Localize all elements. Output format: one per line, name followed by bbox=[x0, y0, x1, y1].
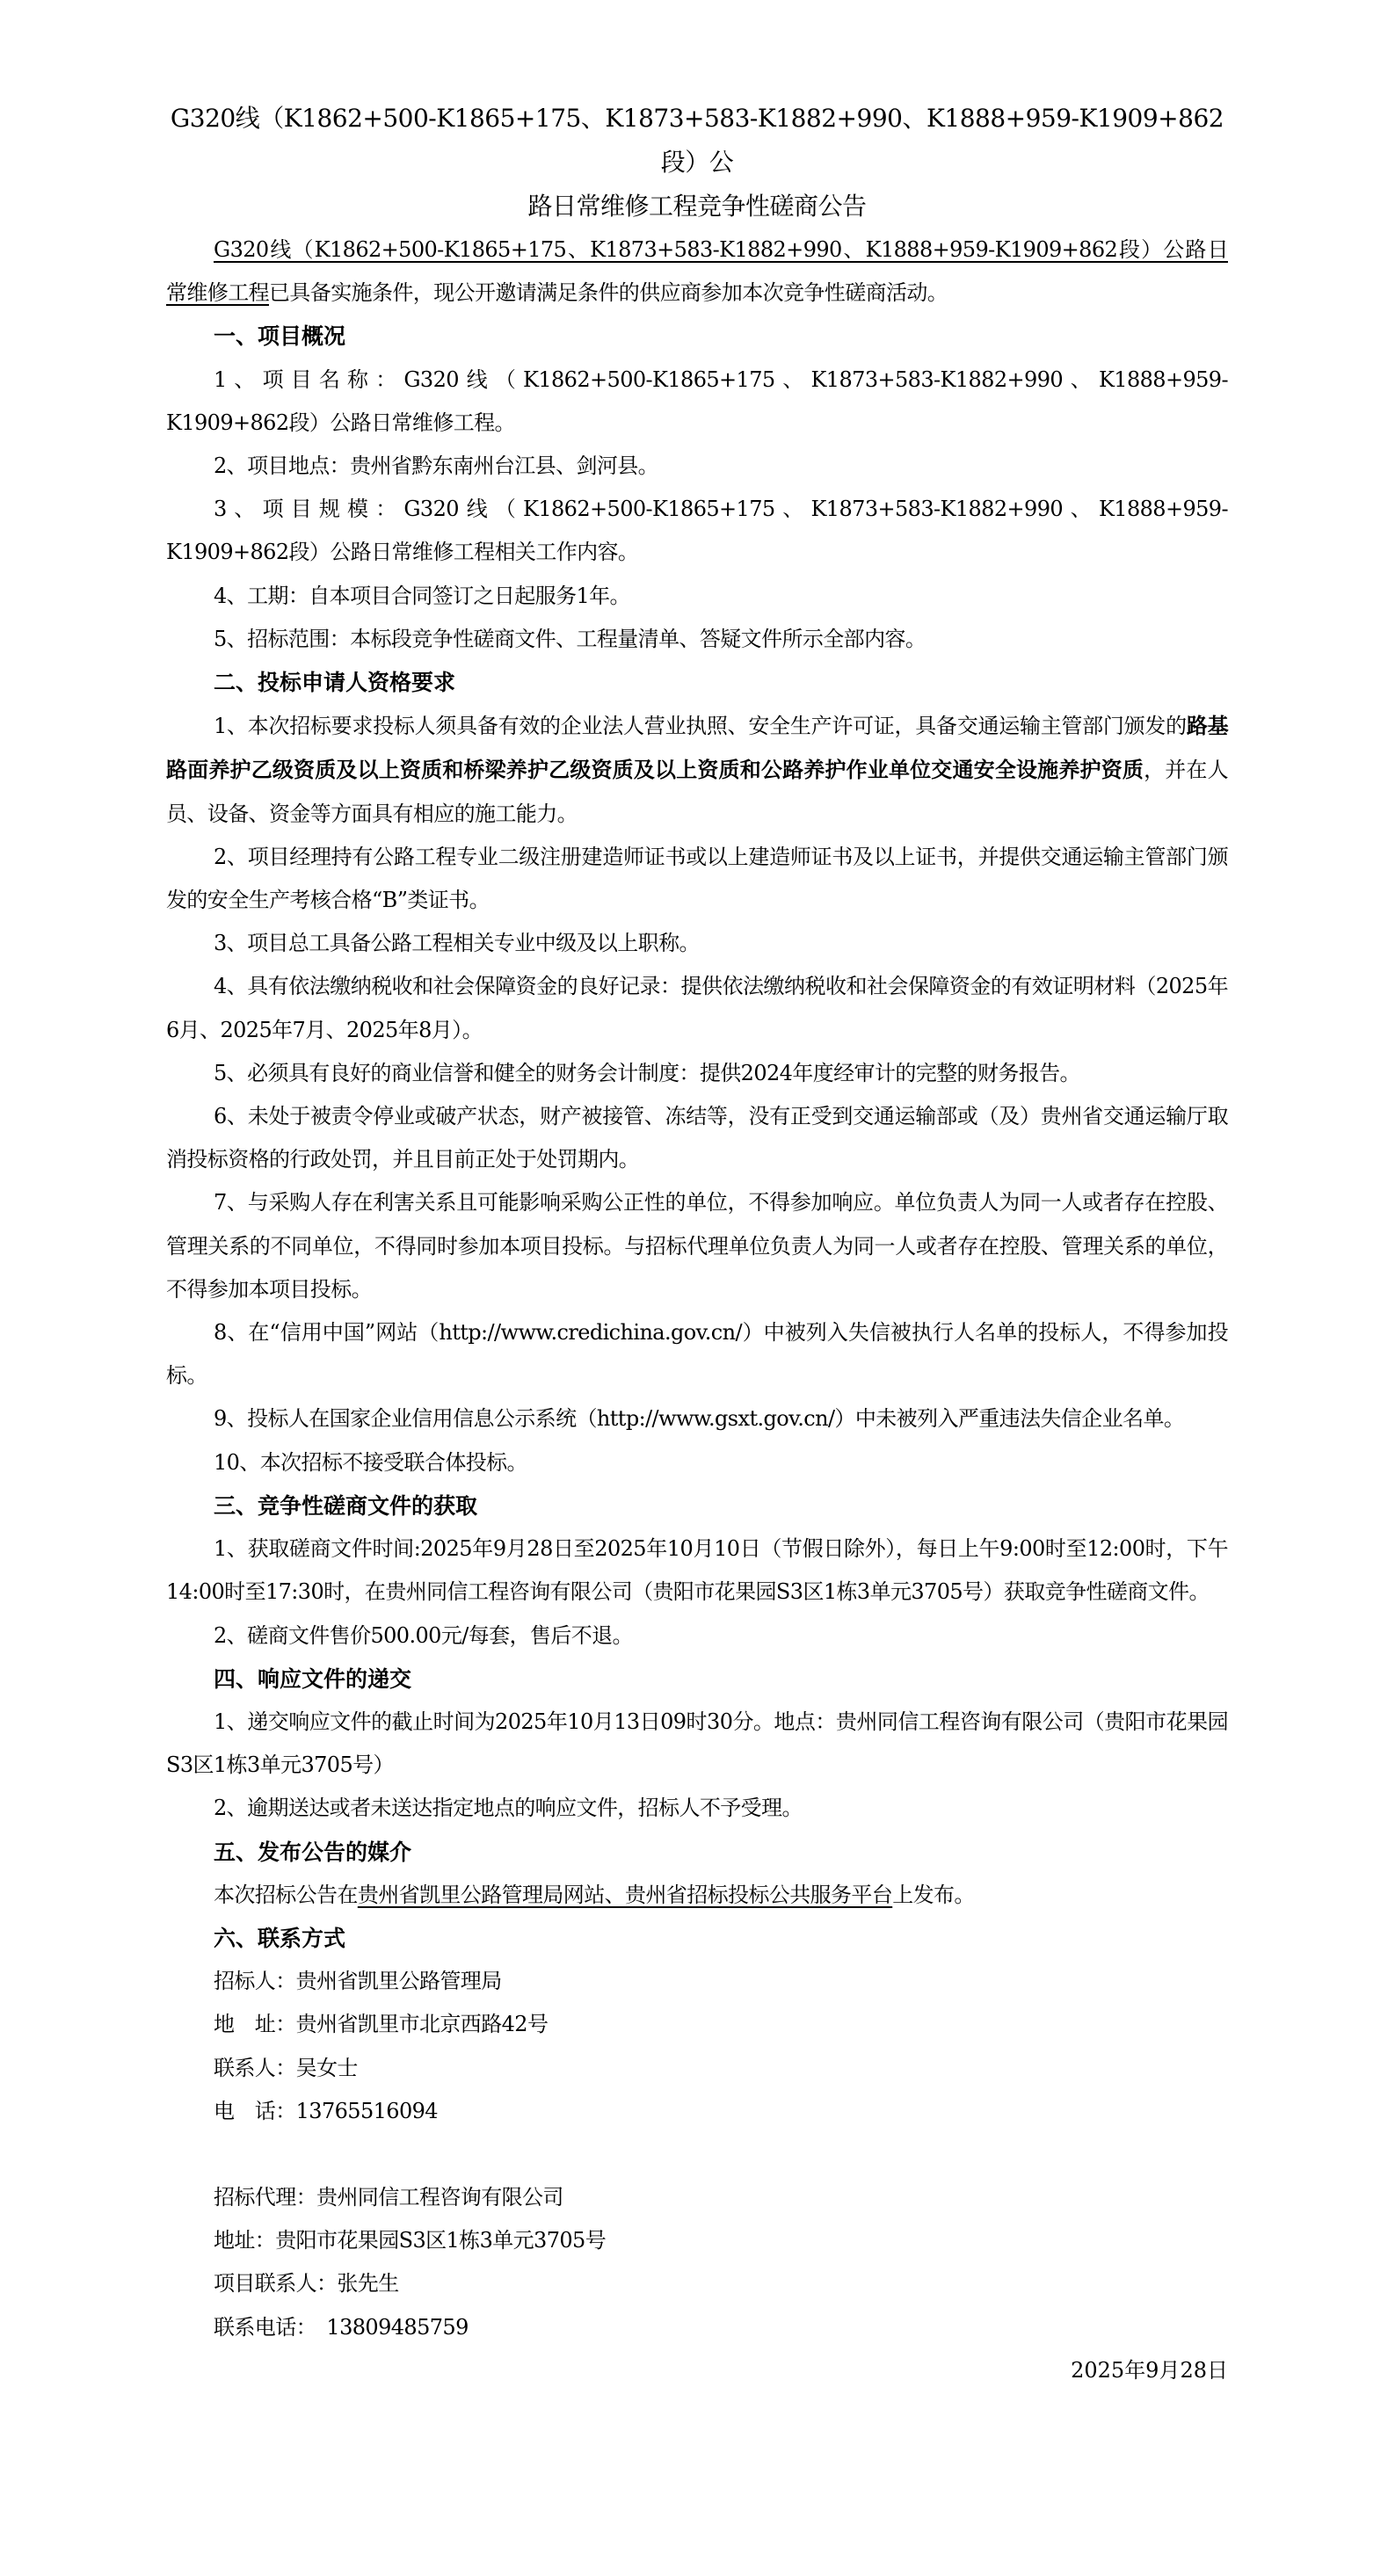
document-title: G320线（K1862+500-K1865+175、K1873+583-K188… bbox=[166, 97, 1228, 229]
announcement-document: G320线（K1862+500-K1865+175、K1873+583-K188… bbox=[166, 97, 1228, 2392]
intro-paragraph: G320线（K1862+500-K1865+175、K1873+583-K188… bbox=[166, 229, 1228, 315]
list-item: 3、项目总工具备公路工程相关专业中级及以上职称。 bbox=[166, 922, 1228, 965]
list-item: 5、招标范围：本标段竞争性磋商文件、工程量清单、答疑文件所示全部内容。 bbox=[166, 618, 1228, 661]
media-before: 本次招标公告在 bbox=[214, 1883, 358, 1907]
qualification-1-before: 1、本次招标要求投标人须具备有效的企业法人营业执照、安全生产许可证，具备交通运输… bbox=[214, 714, 1187, 738]
title-line-2: 路日常维修工程竞争性磋商公告 bbox=[527, 192, 866, 221]
list-item: 8、在“信用中国”网站（http://www.credichina.gov.cn… bbox=[166, 1311, 1228, 1397]
agent-name: 招标代理：贵州同信工程咨询有限公司 bbox=[166, 2176, 1228, 2219]
list-item: 1、递交响应文件的截止时间为2025年10月13日09时30分。地点：贵州同信工… bbox=[166, 1701, 1228, 1787]
agent-address: 地址：贵阳市花果园S3区1栋3单元3705号 bbox=[166, 2219, 1228, 2262]
title-line-1: G320线（K1862+500-K1865+175、K1873+583-K188… bbox=[171, 104, 1224, 177]
list-item: 7、与采购人存在利害关系且可能影响采购公正性的单位，不得参加响应。单位负责人为同… bbox=[166, 1181, 1228, 1311]
media-paragraph: 本次招标公告在贵州省凯里公路管理局网站、贵州省招标投标公共服务平台上发布。 bbox=[166, 1874, 1228, 1917]
list-item: 1、本次招标要求投标人须具备有效的企业法人营业执照、安全生产许可证，具备交通运输… bbox=[166, 704, 1228, 836]
list-item: 2、项目经理持有公路工程专业二级注册建造师证书或以上建造师证书及以上证书，并提供… bbox=[166, 836, 1228, 922]
tenderer-phone: 电 话：13765516094 bbox=[166, 2090, 1228, 2133]
tenderer-address: 地 址：贵州省凯里市北京西路42号 bbox=[166, 2003, 1228, 2046]
agent-phone: 联系电话： 13809485759 bbox=[166, 2306, 1228, 2349]
list-item: 3、项目规模：G320线（K1862+500-K1865+175、K1873+5… bbox=[166, 488, 1228, 574]
blank-line bbox=[166, 2133, 1228, 2176]
tenderer-name: 招标人：贵州省凯里公路管理局 bbox=[166, 1960, 1228, 2003]
media-sites-link[interactable]: 贵州省凯里公路管理局网站、贵州省招标投标公共服务平台 bbox=[358, 1883, 892, 1907]
section-heading-project-overview: 一、项目概况 bbox=[166, 315, 1228, 358]
list-item: 9、投标人在国家企业信用信息公示系统（http://www.gsxt.gov.c… bbox=[166, 1397, 1228, 1440]
section-heading-contact: 六、联系方式 bbox=[166, 1917, 1228, 1960]
media-after: 上发布。 bbox=[892, 1883, 975, 1907]
list-item: 2、磋商文件售价500.00元/每套，售后不退。 bbox=[166, 1615, 1228, 1658]
list-item: 1、项目名称：G320线（K1862+500-K1865+175、K1873+5… bbox=[166, 359, 1228, 445]
list-item: 4、工期：自本项目合同签订之日起服务1年。 bbox=[166, 575, 1228, 618]
intro-rest: 已具备实施条件，现公开邀请满足条件的供应商参加本次竞争性磋商活动。 bbox=[269, 280, 948, 305]
tenderer-contact: 联系人：吴女士 bbox=[166, 2047, 1228, 2090]
list-item: 1、获取磋商文件时间:2025年9月28日至2025年10月10日（节假日除外）… bbox=[166, 1527, 1228, 1614]
announcement-date: 2025年9月28日 bbox=[166, 2349, 1228, 2392]
list-item: 2、项目地点：贵州省黔东南州台江县、剑河县。 bbox=[166, 445, 1228, 488]
list-item: 2、逾期送达或者未送达指定地点的响应文件，招标人不予受理。 bbox=[166, 1787, 1228, 1830]
list-item: 5、必须具有良好的商业信誉和健全的财务会计制度：提供2024年度经审计的完整的财… bbox=[166, 1052, 1228, 1095]
section-heading-qualifications: 二、投标申请人资格要求 bbox=[166, 661, 1228, 704]
list-item: 4、具有依法缴纳税收和社会保障资金的良好记录：提供依法缴纳税收和社会保障资金的有… bbox=[166, 965, 1228, 1051]
section-heading-media: 五、发布公告的媒介 bbox=[166, 1831, 1228, 1874]
list-item: 10、本次招标不接受联合体投标。 bbox=[166, 1441, 1228, 1484]
section-heading-document-acquisition: 三、竞争性磋商文件的获取 bbox=[166, 1484, 1228, 1527]
list-item: 6、未处于被责令停业或破产状态，财产被接管、冻结等，没有正受到交通运输部或（及）… bbox=[166, 1095, 1228, 1181]
agent-contact: 项目联系人：张先生 bbox=[166, 2262, 1228, 2305]
section-heading-submission: 四、响应文件的递交 bbox=[166, 1658, 1228, 1701]
